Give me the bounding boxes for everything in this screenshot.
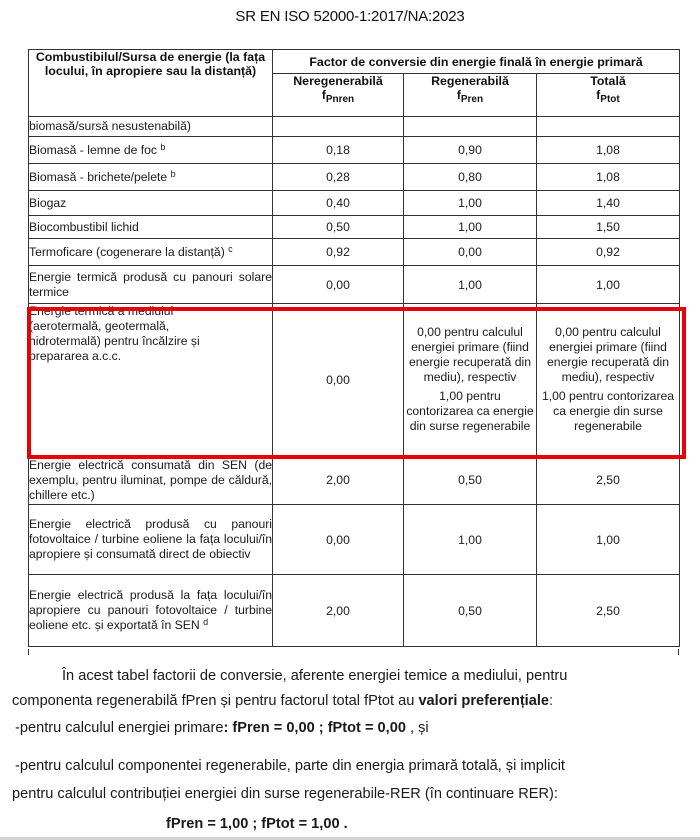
source-text: Biogaz [29, 196, 66, 210]
source-cell: Biomasă - lemne de foc b [29, 137, 273, 164]
source-cell: Energie termică produsă cu panouri solar… [29, 266, 273, 304]
source-text: Termoficare (cogenerare la distanță) [29, 245, 225, 259]
nren-cell: 0,00 [273, 505, 404, 575]
note-text: : [549, 693, 553, 709]
nren-cell: 0,28 [273, 164, 404, 191]
note-emphasis: fPren = 1,00 ; fPtot = 1,00 . [166, 816, 348, 832]
renewable-column-header: Regenerabilă fPren [404, 74, 537, 117]
source-text: Energie electrică consumată din SEN (de … [29, 458, 272, 502]
note-text: componenta regenerabilă fPren și pentru … [12, 693, 418, 709]
note-bullet: -pentru calculul componentei regenerabil… [15, 758, 565, 774]
footnote-marker: b [160, 142, 165, 152]
note-text: -pentru calculul energiei primare [15, 720, 223, 736]
ren-cell [404, 117, 537, 137]
table-row: Energie electrică produsă la fața loculu… [29, 575, 680, 647]
source-cell: Biocombustibil lichid [29, 216, 273, 239]
source-cell: Energie electrică produsă la fața loculu… [29, 575, 273, 647]
footnote-marker: b [171, 169, 176, 179]
column-label: Neregenerabilă [293, 74, 383, 88]
footnote-marker: c [228, 244, 233, 254]
ren-cell: 1,00 [404, 216, 537, 239]
source-column-header: Combustibilul/Sursa de energie (la fața … [29, 50, 273, 117]
tot-cell: 1,08 [537, 164, 680, 191]
ren-cell: 1,00 [404, 191, 537, 216]
source-cell: Biomasă - brichete/pelete b [29, 164, 273, 191]
nren-cell: 0,18 [273, 137, 404, 164]
note-formula: fPren = 1,00 ; fPtot = 1,00 . [166, 816, 348, 832]
conversion-factor-group-header: Factor de conversie din energie finală î… [273, 50, 680, 74]
column-label: Regenerabilă [431, 74, 509, 88]
tot-cell: 2,50 [537, 456, 680, 505]
table-border-stub [678, 649, 679, 655]
column-symbol-subscript: Ptot [600, 94, 619, 105]
table-row: Biogaz 0,40 1,00 1,40 [29, 191, 680, 216]
source-cell: Termoficare (cogenerare la distanță) c [29, 239, 273, 266]
source-text: Energie electrică produsă cu panouri fot… [29, 517, 272, 561]
table-row: biomasă/sursă nesustenabilă) [29, 117, 680, 137]
source-cell: Biogaz [29, 191, 273, 216]
document-title: SR EN ISO 52000-1:2017/NA:2023 [0, 8, 700, 25]
note-line: pentru calculul contribuției energiei di… [12, 786, 558, 802]
ren-cell: 0,80 [404, 164, 537, 191]
note-bullet: -pentru calculul energiei primare: fPren… [15, 720, 429, 736]
table-row: Energie termică produsă cu panouri solar… [29, 266, 680, 304]
nren-cell: 0,92 [273, 239, 404, 266]
table-border-stub [28, 649, 29, 655]
source-cell: Energie electrică produsă cu panouri fot… [29, 505, 273, 575]
table-row: Biomasă - lemne de foc b 0,18 0,90 1,08 [29, 137, 680, 164]
ren-cell: 1,00 [404, 266, 537, 304]
ren-cell: 1,00 [404, 505, 537, 575]
tot-cell: 1,08 [537, 137, 680, 164]
footnote-marker: d [203, 617, 208, 627]
note-line: În acest tabel factorii de conversie, af… [62, 668, 567, 684]
ren-cell: 0,50 [404, 575, 537, 647]
note-text: , și [406, 720, 429, 736]
table-row: Biomasă - brichete/pelete b 0,28 0,80 1,… [29, 164, 680, 191]
source-text: Biocombustibil lichid [29, 220, 139, 234]
table-row: Energie electrică produsă cu panouri fot… [29, 505, 680, 575]
tot-cell: 2,50 [537, 575, 680, 647]
source-text: Energie termică produsă cu panouri solar… [29, 270, 272, 299]
column-symbol-subscript: Pren [461, 94, 483, 105]
nonrenewable-column-header: Neregenerabilă fPnren [273, 74, 404, 117]
ren-cell: 0,00 [404, 239, 537, 266]
source-cell: biomasă/sursă nesustenabilă) [29, 117, 273, 137]
total-column-header: Totală fPtot [537, 74, 680, 117]
nren-cell: 2,00 [273, 575, 404, 647]
nren-cell [273, 117, 404, 137]
column-label: Totală [590, 74, 626, 88]
nren-cell: 0,00 [273, 266, 404, 304]
tot-cell: 1,00 [537, 266, 680, 304]
source-cell: Energie electrică consumată din SEN (de … [29, 456, 273, 505]
tot-cell [537, 117, 680, 137]
source-text: Biomasă - brichete/pelete [29, 170, 167, 184]
tot-cell: 1,00 [537, 505, 680, 575]
source-text: Energie electrică produsă la fața loculu… [29, 588, 272, 632]
note-line: componenta regenerabilă fPren și pentru … [12, 693, 553, 709]
highlight-box [27, 307, 686, 459]
table-row: Energie electrică consumată din SEN (de … [29, 456, 680, 505]
column-symbol-subscript: Pnren [326, 94, 354, 105]
tot-cell: 0,92 [537, 239, 680, 266]
nren-cell: 0,50 [273, 216, 404, 239]
ren-cell: 0,90 [404, 137, 537, 164]
ren-cell: 0,50 [404, 456, 537, 505]
nren-cell: 2,00 [273, 456, 404, 505]
tot-cell: 1,40 [537, 191, 680, 216]
source-text: biomasă/sursă nesustenabilă) [29, 119, 191, 133]
note-emphasis: : fPren = 0,00 ; fPtot = 0,00 [223, 720, 406, 736]
table-row: Termoficare (cogenerare la distanță) c 0… [29, 239, 680, 266]
table-header-row: Combustibilul/Sursa de energie (la fața … [29, 50, 680, 74]
table-row: Biocombustibil lichid 0,50 1,00 1,50 [29, 216, 680, 239]
note-emphasis: valori preferențiale [418, 693, 549, 709]
source-text: Biomasă - lemne de foc [29, 143, 157, 157]
nren-cell: 0,40 [273, 191, 404, 216]
tot-cell: 1,50 [537, 216, 680, 239]
